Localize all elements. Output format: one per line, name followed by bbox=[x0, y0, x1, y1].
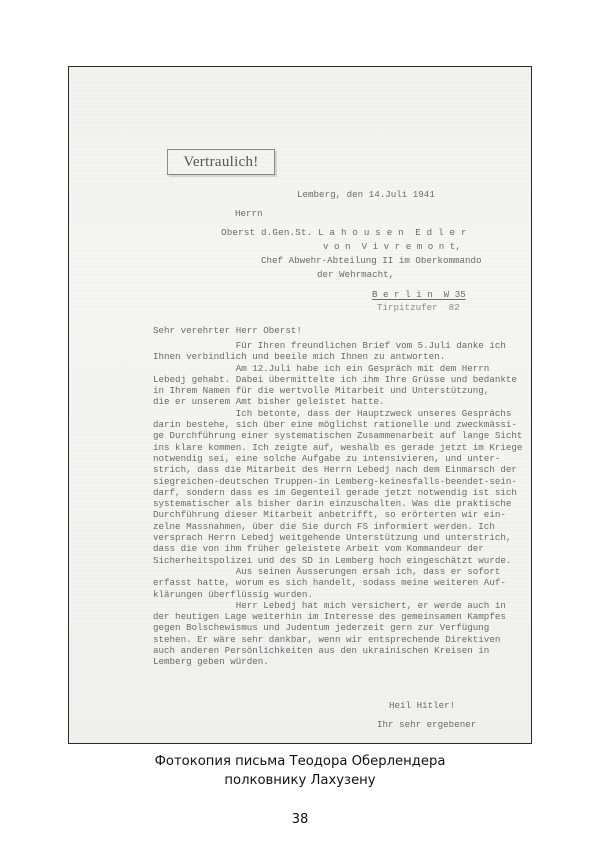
letter-line: ge Durchführung einer systematischen Zus… bbox=[153, 430, 522, 441]
stamp-text: Vertraulich! bbox=[183, 154, 258, 171]
letter-line: strich, dass die Mitarbeit des Herrn Leb… bbox=[153, 464, 522, 475]
letter-line: in Ihrem Namen für die wertvolle Mitarbe… bbox=[153, 385, 522, 396]
letter-body: Für Ihren freundlichen Brief vom 5.Juli … bbox=[153, 340, 522, 668]
date-line: Lemberg, den 14.Juli 1941 bbox=[297, 189, 435, 200]
letter-line: notwendig sei, eine solche Aufgabe zu in… bbox=[153, 453, 522, 464]
letter-line: Lemberg geben würden. bbox=[153, 656, 522, 667]
letter-line: die er unserem Amt bisher geleistet hatt… bbox=[153, 396, 522, 407]
letter-line: erfasst hatte, worum es sich handelt, so… bbox=[153, 577, 522, 588]
letter-line: ins klare kommen. Ich zeigte auf, weshal… bbox=[153, 442, 522, 453]
caption-line-2: полковнику Лахузену bbox=[0, 771, 600, 790]
recipient-line-3: Chef Abwehr-Abteilung II im Oberkommando bbox=[261, 255, 482, 266]
signature-icon bbox=[354, 737, 496, 744]
letter-line: Am 12.Juli habe ich ein Gespräch mit dem… bbox=[153, 363, 522, 374]
letter-line: systematischer als bisher darin einzusch… bbox=[153, 498, 522, 509]
letter-line: gegen Bolschewismus und Judentum jederze… bbox=[153, 622, 522, 633]
letter-line: Ich betonte, dass der Hauptzweck unseres… bbox=[153, 408, 522, 419]
confidential-stamp: Vertraulich! bbox=[167, 149, 275, 175]
letter-line: darin bestehe, sich über eine möglichst … bbox=[153, 419, 522, 430]
recipient-prefix: Herrn bbox=[235, 208, 263, 219]
caption-line-1: Фотокопия письма Теодора Оберлендера bbox=[0, 752, 600, 771]
recipient-city: B e r l i n W 35 bbox=[372, 289, 466, 300]
letter-line: Lebedj gehabt. Dabei übermittelte ich ih… bbox=[153, 374, 522, 385]
letter-line: Aus seinen Äusserungen ersah ich, dass e… bbox=[153, 566, 522, 577]
letter-line: der heutigen Lage weiterhin im Interesse… bbox=[153, 611, 522, 622]
letter-line: zelne Massnahmen, über die Sie durch FS … bbox=[153, 521, 522, 532]
recipient-line-4: der Wehrmacht, bbox=[317, 269, 394, 280]
letter-line: stehen. Er wäre sehr dankbar, wenn wir e… bbox=[153, 634, 522, 645]
document-photocopy: Vertraulich! Lemberg, den 14.Juli 1941 H… bbox=[68, 66, 532, 744]
salutation: Sehr verehrter Herr Oberst! bbox=[153, 325, 302, 336]
letter-line: darf, sondern dass es im Gegenteil gerad… bbox=[153, 487, 522, 498]
letter-line: auch anderen Persönlichkeiten aus den uk… bbox=[153, 645, 522, 656]
letter-line: Ihnen verbindlich und beeile mich Ihnen … bbox=[153, 351, 522, 362]
letter-line: Herr Lebedj hat mich versichert, er werd… bbox=[153, 600, 522, 611]
letter-line: versprach Herrn Lebedj weitgehende Unter… bbox=[153, 532, 522, 543]
letter-line: Sicherheitspolizei und des SD in Lemberg… bbox=[153, 555, 522, 566]
recipient-line-1: Oberst d.Gen.St. L a h o u s e n E d l e… bbox=[221, 227, 467, 238]
recipient-line-2: v o n V i v r e m o n t, bbox=[323, 241, 461, 252]
letter-line: dass die von ihm früher geleistete Arbei… bbox=[153, 543, 522, 554]
closing-greeting: Heil Hitler! bbox=[389, 700, 455, 711]
page-number: 38 bbox=[0, 812, 600, 827]
letter-line: klärungen überflüssig wurden. bbox=[153, 589, 522, 600]
closing-valediction: Ihr sehr ergebener bbox=[377, 719, 476, 730]
letter-line: Für Ihren freundlichen Brief vom 5.Juli … bbox=[153, 340, 522, 351]
letter-line: Durchführung dieser Mitarbeit anbetrifft… bbox=[153, 509, 522, 520]
letter-line: siegreichen-deutschen Truppen-in Lemberg… bbox=[153, 476, 522, 487]
recipient-street: Tirpitzufer 82 bbox=[377, 302, 460, 313]
